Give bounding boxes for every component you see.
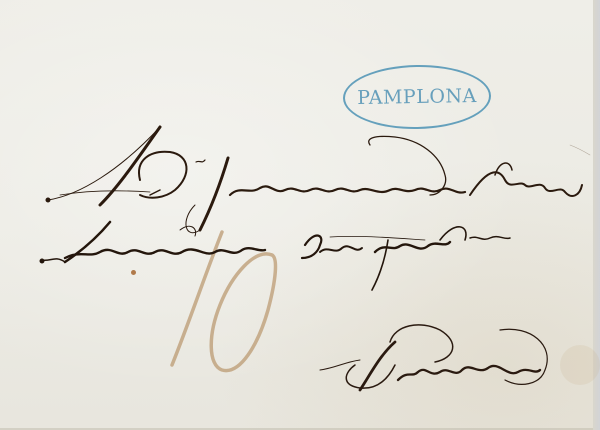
faint-line xyxy=(570,145,590,155)
